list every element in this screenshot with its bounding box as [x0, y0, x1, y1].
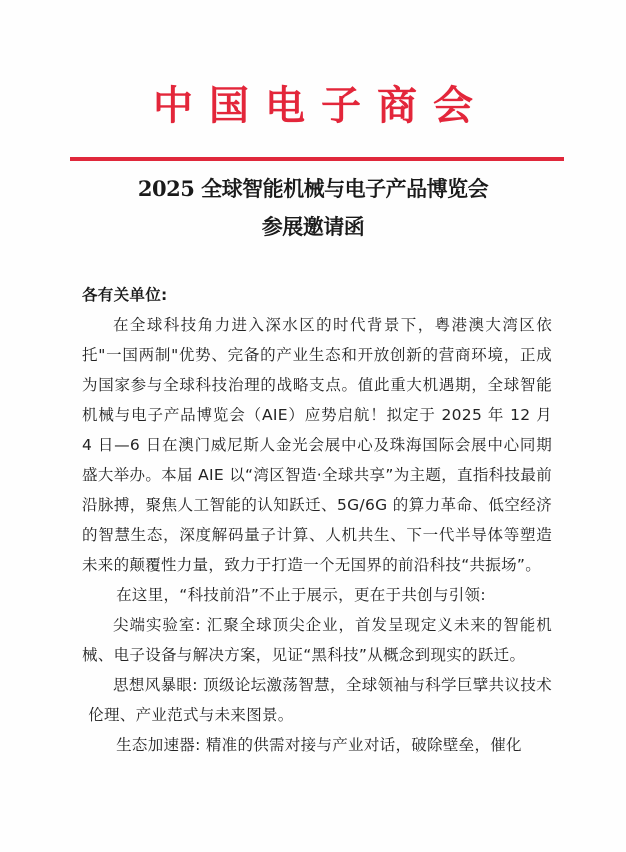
red-divider-rule: [70, 157, 564, 161]
document-title: 2025 全球智能机械与电子产品博览会 参展邀请函: [0, 170, 626, 246]
paragraph-lead-in: 在这里，“科技前沿”不止于展示，更在于共创与引领:: [82, 580, 552, 610]
document-body: 各有关单位: 在全球科技角力进入深水区的时代背景下，粤港澳大湾区依托"一国两制"…: [82, 280, 552, 760]
organization-header: 中国电子商会: [0, 82, 626, 130]
paragraph-intro: 在全球科技角力进入深水区的时代背景下，粤港澳大湾区依托"一国两制"优势、完备的产…: [82, 310, 552, 580]
paragraph-cutting-edge-lab: 尖端实验室: 汇聚全球顶尖企业，首发呈现定义未来的智能机械、电子设备与解决方案，…: [82, 610, 552, 670]
document-page: 中国电子商会 2025 全球智能机械与电子产品博览会 参展邀请函 各有关单位: …: [0, 0, 626, 852]
title-line-1: 2025 全球智能机械与电子产品博览会: [0, 170, 626, 208]
paragraph-idea-storm: 思想风暴眼: 顶级论坛激荡智慧，全球领袖与科学巨擘共议技术伦理、产业范式与未来图…: [82, 670, 552, 730]
paragraph-ecosystem-accelerator: 生态加速器: 精准的供需对接与产业对话，破除壁垒，催化: [82, 730, 552, 760]
title-line-2: 参展邀请函: [0, 208, 626, 246]
salutation: 各有关单位:: [82, 280, 552, 310]
